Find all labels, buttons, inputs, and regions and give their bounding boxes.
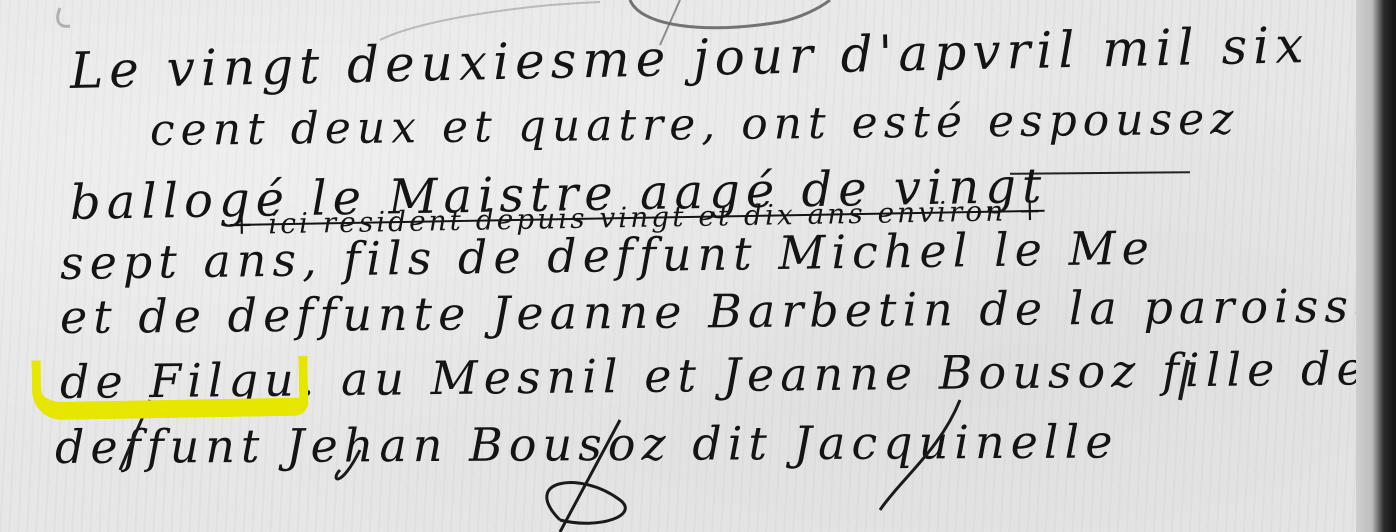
handwritten-line-7: deffunt Jehan Bousoz dit Jacquinelle (55, 414, 1119, 474)
handwritten-line-2: cent deux et quatre, ont esté espousez (150, 94, 1240, 156)
handwritten-line-1: Le vingt deuxiesme jour d'apvril mil six (69, 16, 1310, 100)
book-binding-edge (1356, 0, 1396, 532)
yellow-highlight-bracket (31, 356, 308, 421)
handwritten-line-4: sept ans, fils de deffunt Michel le Me (60, 221, 1156, 290)
scanned-page: Le vingt deuxiesme jour d'apvril mil six… (0, 0, 1396, 532)
handwritten-line-5: et de deffunte Jeanne Barbetin de la par… (60, 278, 1388, 344)
